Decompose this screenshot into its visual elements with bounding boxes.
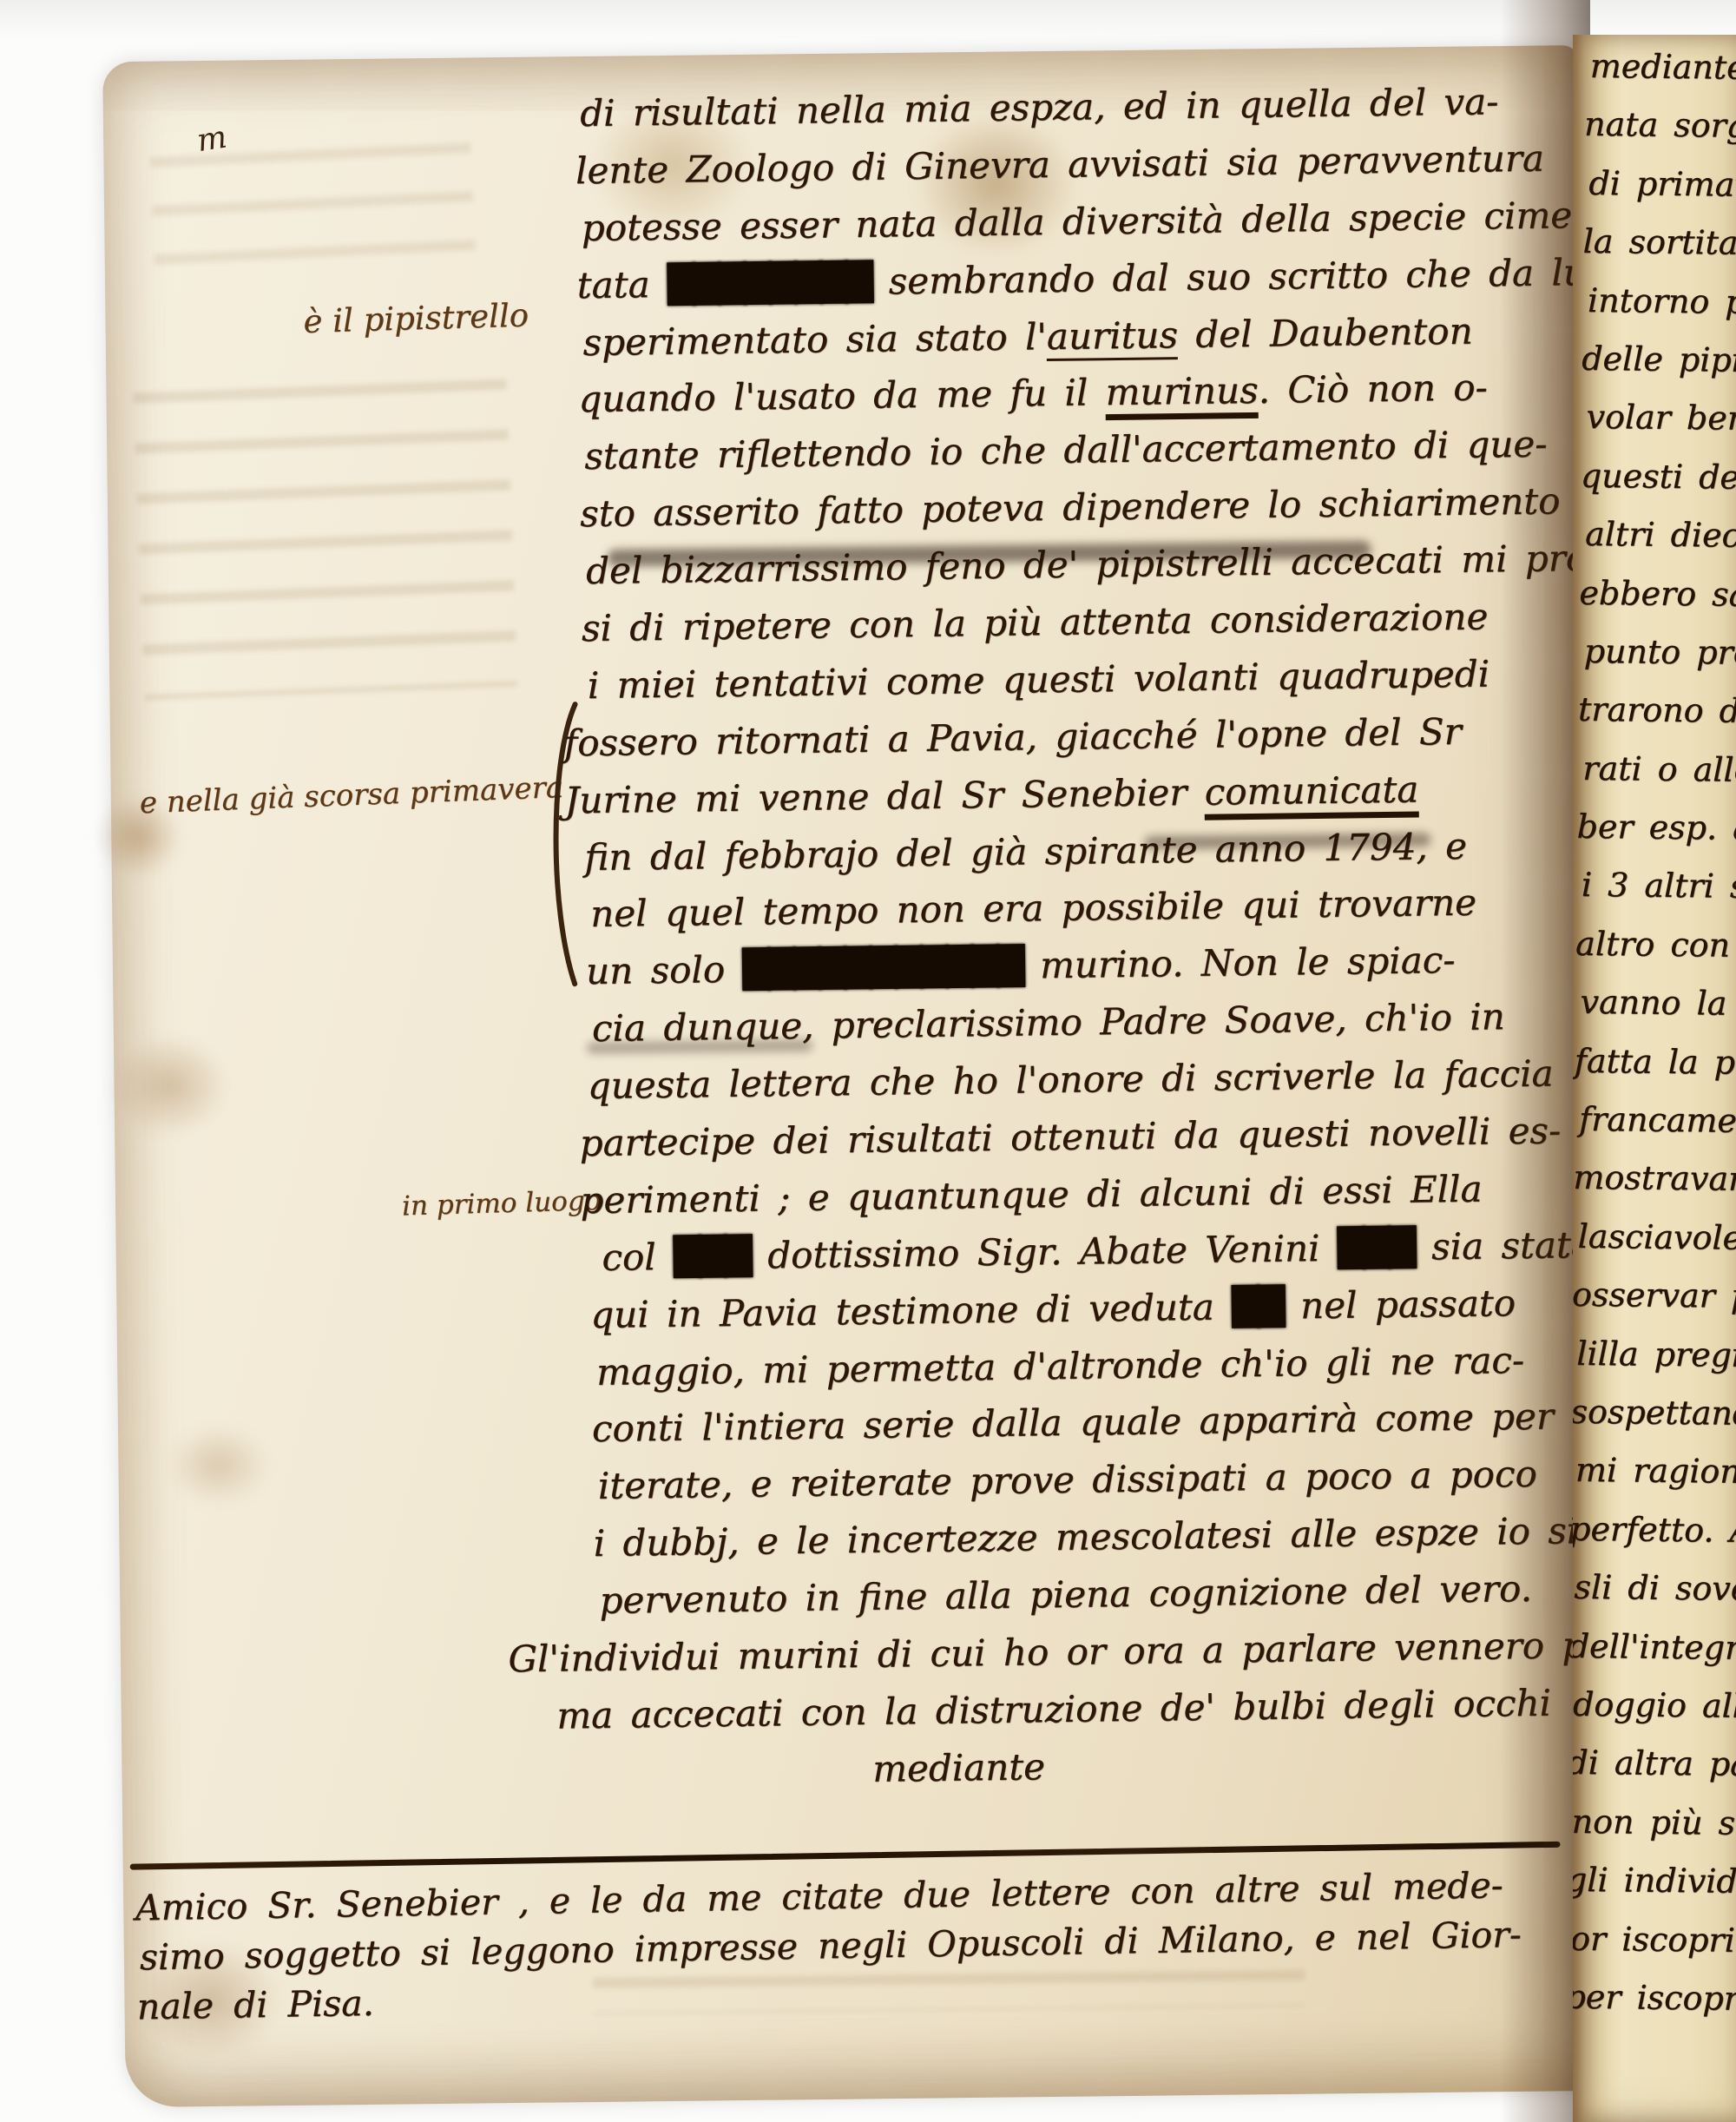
second-page-line-fragment: per iscoprir xyxy=(1573,1978,1736,2040)
text-segment: non più sorp xyxy=(1573,1802,1736,1842)
second-page-line-fragment: or iscopriva xyxy=(1573,1919,1736,1981)
text-segment: per iscoprir xyxy=(1573,1978,1736,2018)
text-segment: lasciavole leggo xyxy=(1577,1217,1736,1258)
second-page-line-fragment: trarono d'im xyxy=(1578,690,1736,753)
second-page-line-fragment: altro con ol xyxy=(1575,925,1736,987)
text-segment: del Daubenton xyxy=(1178,309,1473,355)
ink-blot: ███████████ xyxy=(742,945,1023,991)
text-segment: nel passato xyxy=(1282,1282,1516,1328)
second-page-line-fragment: ebbero salva l xyxy=(1579,573,1736,636)
second-page-line-fragment: sospettando qu xyxy=(1573,1393,1736,1455)
second-page-line-fragment: punto pregiud xyxy=(1583,632,1736,695)
text-segment: i 3 altri sugge xyxy=(1581,866,1736,906)
text-segment: sia stata xyxy=(1413,1223,1593,1269)
second-page-line-fragment: non più sorp xyxy=(1573,1802,1736,1864)
manuscript-line: mediante xyxy=(872,1738,1608,1805)
second-page-line-fragment: di altra parte d xyxy=(1573,1743,1736,1806)
manuscript-page-right-edge: mediante un fnata sorgevadi primaverala … xyxy=(1573,35,1736,2122)
separator-rule xyxy=(130,1842,1561,1870)
second-page-line-fragment: vanno la ma xyxy=(1580,983,1736,1045)
second-page-line-fragment: volar bene in xyxy=(1586,398,1736,460)
text-segment: mostravano nulla xyxy=(1573,1158,1736,1200)
text-segment: ebbero salva l xyxy=(1579,573,1736,614)
second-page-line-fragment: intorno pertur xyxy=(1587,280,1736,343)
second-page-line-fragment: dell'integrame xyxy=(1573,1626,1736,1689)
second-page-line-fragment: osservar pur xyxy=(1573,1275,1736,1338)
second-page-line-fragment: delle pipistrelli xyxy=(1581,339,1736,402)
paper-stain xyxy=(108,1033,231,1139)
text-segment: nale di Pisa. xyxy=(136,1982,374,2028)
second-page-line-fragment: i 3 altri sugge xyxy=(1581,866,1736,928)
text-segment: sembrando dal suo scritto che da lui xyxy=(871,250,1599,302)
text-segment: lilla pregiudi xyxy=(1576,1334,1736,1374)
second-page-line-fragment: fatta la pegme xyxy=(1574,1041,1736,1104)
text-segment: doggio alla stro xyxy=(1573,1685,1736,1726)
corner-ink-mark: m xyxy=(194,120,229,160)
footnote-block: Amico Sr. Senebier , e le da me citate d… xyxy=(135,1863,1589,2036)
second-page-line-fragment: la sortita con xyxy=(1582,222,1736,285)
second-page-line-fragment: gli individ xyxy=(1573,1861,1736,1923)
text-segment: di altra parte d xyxy=(1573,1743,1736,1784)
text-segment: mediante xyxy=(872,1745,1045,1790)
second-page-line-fragment: sli di sovente xyxy=(1574,1568,1736,1631)
second-page-line-fragment: mi ragionde xyxy=(1575,1451,1736,1513)
text-segment: comunicata xyxy=(1204,768,1418,820)
ink-blot: ██ xyxy=(1232,1284,1283,1328)
text-segment: mediante un f xyxy=(1590,47,1736,88)
text-segment: rati o allego xyxy=(1582,749,1736,790)
second-page-line-fragment: altri dieci in xyxy=(1585,515,1736,577)
second-page-line-fragment: mostravano nulla xyxy=(1573,1158,1736,1221)
text-segment: altri dieci in xyxy=(1585,515,1736,556)
margin-note-primavera: e nella già scorsa primavera xyxy=(139,770,564,820)
second-page-line-fragment: nata sorgeva xyxy=(1584,105,1736,168)
text-segment: sospettando qu xyxy=(1573,1393,1736,1433)
text-segment: gli individ xyxy=(1573,1861,1736,1901)
second-page-line-fragment: mediante un f xyxy=(1589,47,1736,109)
text-segment: di primavera xyxy=(1588,164,1736,205)
second-page-line-fragment: doggio alla stro xyxy=(1573,1685,1736,1748)
bleed-through-ghost xyxy=(132,339,518,700)
text-segment: questi dete xyxy=(1581,457,1736,497)
text-segment: dottissimo Sigr. Abate Venini xyxy=(750,1227,1338,1277)
text-segment: tata xyxy=(576,262,667,306)
second-page-line-fragment: di primavera xyxy=(1588,164,1736,227)
text-segment: perfetto. Al ve xyxy=(1573,1509,1736,1550)
text-segment: murinus xyxy=(1105,369,1259,420)
second-page-line-fragment: perfetto. Al ve xyxy=(1573,1509,1736,1572)
text-segment: nata sorgeva xyxy=(1584,105,1736,146)
text-segment: col xyxy=(602,1236,674,1279)
ink-blot: ████████ xyxy=(667,260,871,305)
manuscript-photo: m è il pipistrello e nella già scorsa pr… xyxy=(0,0,1736,2122)
text-segment: volar bene in xyxy=(1586,398,1736,438)
ink-blot: ███ xyxy=(1337,1225,1414,1269)
text-segment: auritus xyxy=(1047,313,1179,361)
text-segment: mi ragionde xyxy=(1575,1451,1736,1491)
text-segment: un solo xyxy=(586,948,743,992)
text-segment: Jurine mi venne dal Sr Senebier xyxy=(564,770,1205,821)
second-page-line-fragment: francamente, e i xyxy=(1579,1100,1736,1163)
manuscript-page-left: m è il pipistrello e nella già scorsa pr… xyxy=(102,45,1601,2107)
margin-note-primo-luogo: in primo luogo xyxy=(402,1185,602,1222)
ink-blot: ███ xyxy=(674,1234,751,1277)
text-segment: vanno la ma xyxy=(1580,983,1736,1024)
text-segment: . Ciò non o- xyxy=(1258,366,1488,412)
text-segment: qui in Pavia testimone di veduta xyxy=(590,1285,1233,1336)
second-page-line-fragment: questi dete xyxy=(1580,457,1736,519)
text-segment: la sortita con xyxy=(1582,222,1736,263)
second-page-line-fragment: ber esp. andan xyxy=(1576,807,1736,870)
text-segment: altro con ol xyxy=(1575,925,1736,965)
text-segment: osservar pur xyxy=(1573,1275,1736,1316)
text-segment: francamente, e i xyxy=(1579,1100,1736,1141)
text-segment: sli di sovente xyxy=(1574,1568,1736,1609)
text-segment: ber esp. andan xyxy=(1576,807,1736,848)
margin-note-pipistrello: è il pipistrello xyxy=(303,296,529,339)
second-page-text-fragments: mediante un fnata sorgevadi primaverala … xyxy=(1573,47,1736,2040)
text-segment: sperimentato sia stato l' xyxy=(582,315,1047,364)
text-segment: trarono d'im xyxy=(1578,690,1736,731)
text-segment: quando l'usato da me fu il xyxy=(578,372,1106,421)
text-segment: dell'integrame xyxy=(1573,1626,1736,1667)
second-page-line-fragment: lasciavole leggo xyxy=(1577,1217,1736,1280)
text-segment: delle pipistrelli xyxy=(1581,339,1736,380)
text-segment: or iscopriva xyxy=(1573,1919,1736,1959)
paper-stain xyxy=(166,1423,271,1506)
text-segment: di risultati nella mia espza, ed in quel… xyxy=(580,80,1499,135)
text-segment: intorno pertur xyxy=(1588,280,1736,321)
second-page-line-fragment: rati o allego xyxy=(1582,749,1736,812)
text-segment: murino. Non le spiac- xyxy=(1022,939,1455,987)
text-segment: fatta la pegme xyxy=(1575,1041,1736,1082)
main-text-block: di risultati nella mia espza, ed in quel… xyxy=(575,79,1608,1809)
second-page-line-fragment: lilla pregiudi xyxy=(1576,1334,1736,1396)
text-segment: punto pregiud xyxy=(1583,632,1736,673)
